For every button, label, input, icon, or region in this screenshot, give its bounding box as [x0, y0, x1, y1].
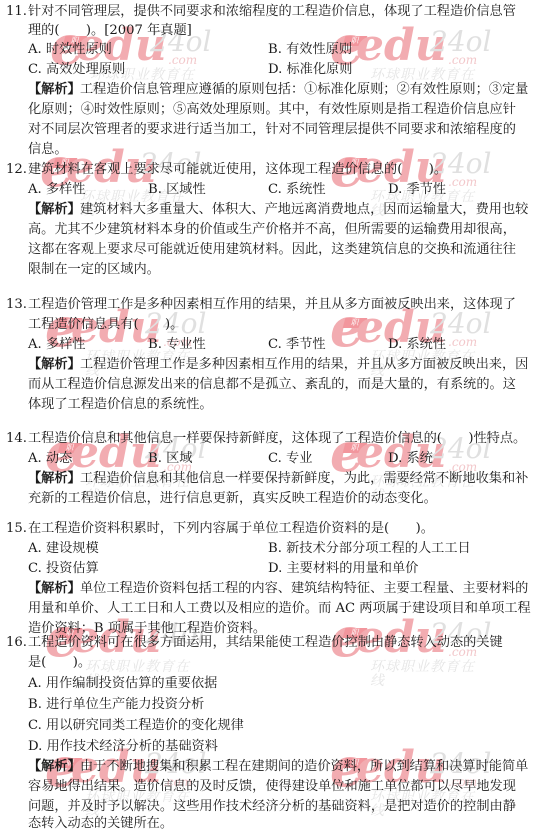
- question-stem: 工程造价资料可在很多方面运用，其结果能使工程造价控制由静态转入动态的关键: [28, 634, 503, 652]
- option-d[interactable]: D. 系统: [388, 450, 433, 468]
- analysis-text: 态转入动态的关键所在。: [28, 815, 173, 833]
- analysis-text: 这都在客观上要求尽可能就近使用建筑材料。因此，这类建筑信息的交换和流通往往: [28, 241, 516, 259]
- analysis-text: 单位工程造价资料包括工程的内容、建筑结构特征、主要工程量、主要材料的: [80, 580, 528, 598]
- question-stem: 工程造价信息和其他信息一样要保持新鲜度，这体现了工程造价信息的( )性特点。: [28, 430, 526, 448]
- question-stem: 针对不同管理层，提供不同要求和浓缩程度的工程造价信息，体现了工程造价信息管: [28, 3, 516, 21]
- analysis-label: 【解析】: [28, 470, 81, 488]
- question-number: 12.: [6, 161, 27, 179]
- option-b[interactable]: B. 区域性: [148, 181, 206, 199]
- analysis-text: 容易地得出结果。造价信息的及时反馈，使得建设单位和施工单位都可以尽早地发现: [28, 778, 516, 796]
- option-c[interactable]: C. 系统性: [268, 181, 326, 199]
- option-a[interactable]: A. 动态: [28, 450, 72, 468]
- question-stem: 工程造价信息具有( )。: [28, 316, 183, 334]
- analysis-text: 而从工程造价信息源发出来的信息都不是孤立、紊乱的，而是大量的，有系统的。这: [28, 376, 516, 394]
- option-d[interactable]: D. 季节性: [388, 181, 446, 199]
- option-c[interactable]: C. 季节性: [268, 336, 326, 354]
- analysis-text: 由于不断地搜集和积累工程在建期间的造价资料，所以到结算和决算时能简单: [80, 758, 528, 776]
- analysis-text: 化原则；④时效性原则；⑤高效处理原则。其中，有效性原则是指工程造价信息应针: [28, 101, 516, 119]
- question-stem: 理的( )。[2007 年真题]: [28, 22, 192, 40]
- analysis-text: 工程造价信息和其他信息一样要保持新鲜度，为此，需要经常不断地收集和补: [80, 470, 528, 488]
- analysis-text: 充新的工程造价信息，进行信息更新，真实反映工程造价的动态变化。: [28, 490, 437, 508]
- question-stem: 建筑材料在客观上要求尽可能就近使用，这体现工程造价信息的( )。: [28, 161, 447, 179]
- option-a[interactable]: A. 建设规模: [28, 540, 99, 558]
- option-b[interactable]: B. 有效性原则: [268, 41, 352, 59]
- option-b[interactable]: B. 进行单位生产能力投资分析: [28, 696, 204, 714]
- analysis-label: 【解析】: [28, 201, 81, 219]
- option-a[interactable]: A. 时效性原则: [28, 41, 112, 59]
- analysis-text: 对不同层次管理者的要求进行适当加工，针对不同管理层提供不同要求和浓缩程度的: [28, 121, 516, 139]
- option-c[interactable]: C. 高效处理原则: [28, 61, 125, 79]
- option-c[interactable]: C. 专业: [268, 450, 312, 468]
- analysis-text: 限制在一定的区域内。: [28, 261, 160, 279]
- option-b[interactable]: B. 区域: [148, 450, 192, 468]
- analysis-text: 信息。: [28, 141, 68, 159]
- question-number: 11.: [6, 3, 27, 21]
- analysis-text: 工程造价信息管理应遵循的原则包括：①标准化原则；②有效性原则；③定量: [80, 81, 528, 99]
- option-c[interactable]: C. 用以研究同类工程造价的变化规律: [28, 717, 244, 735]
- option-a[interactable]: A. 用作编制投资估算的重要依据: [28, 675, 217, 693]
- analysis-text: 用量和单价、人工工日和人工费以及相应的造价。而 AC 两项属于建设项目和单项工程: [28, 600, 531, 618]
- question-number: 16.: [6, 634, 27, 652]
- analysis-text: 问题，并及时予以解决。这些用作技术经济分析的基础资料，是把对造价的控制由静: [28, 798, 516, 816]
- option-c[interactable]: C. 投资估算: [28, 560, 99, 578]
- question-stem: 工程造价管理工作是多种因素相互作用的结果，并且从多方面被反映出来，这体现了: [28, 296, 516, 314]
- option-d[interactable]: D. 主要材料的用量和单价: [268, 560, 418, 578]
- option-d[interactable]: D. 标准化原则: [268, 61, 352, 79]
- analysis-text: 高。尤其不少建筑材料本身的价值或生产价格并不高，但所需要的运输费用却很高，: [28, 221, 516, 239]
- question-stem: 在工程造价资料积累时，下列内容属于单位工程造价资料的是( )。: [28, 520, 434, 538]
- analysis-label: 【解析】: [28, 580, 81, 598]
- question-number: 15.: [6, 520, 27, 538]
- option-b[interactable]: B. 新技术分部分项工程的人工工日: [268, 540, 471, 558]
- option-d[interactable]: D. 用作技术经济分析的基础资料: [28, 738, 218, 756]
- analysis-label: 【解析】: [28, 81, 81, 99]
- question-number: 13.: [6, 296, 27, 314]
- question-number: 14.: [6, 430, 27, 448]
- analysis-text: 工程造价管理工作是多种因素相互作用的结果，并且从多方面被反映出来，因: [80, 356, 528, 374]
- option-d[interactable]: D. 系统性: [388, 336, 446, 354]
- question-stem: 是( )。: [28, 654, 91, 672]
- analysis-label: 【解析】: [28, 758, 81, 776]
- exam-page: e 职 edu 24ol .com 环球职业教育在线 e 职 edu 24ol …: [0, 0, 543, 833]
- analysis-text: 建筑材料大多重量大、体积大、产地远离消费地点，因而运输量大，费用也较: [80, 201, 528, 219]
- option-a[interactable]: A. 多样性: [28, 181, 85, 199]
- analysis-text: 体现了工程造价信息的系统性。: [28, 396, 213, 414]
- analysis-label: 【解析】: [28, 356, 81, 374]
- option-b[interactable]: B. 专业性: [148, 336, 206, 354]
- question-list: 11. 针对不同管理层，提供不同要求和浓缩程度的工程造价信息，体现了工程造价信息…: [0, 0, 543, 833]
- option-a[interactable]: A. 多样性: [28, 336, 85, 354]
